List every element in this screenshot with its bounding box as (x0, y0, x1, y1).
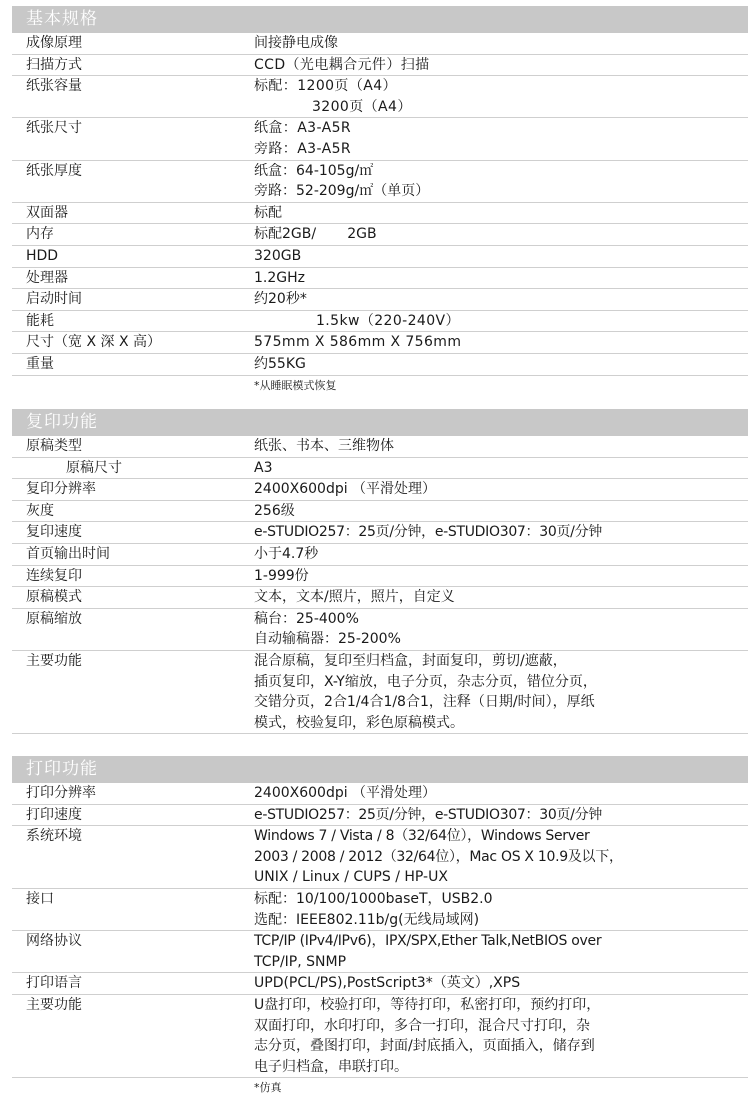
table-row: 主要功能 U盘打印，校验打印，等待打印，私密打印，预约打印， 双面打印，水印打印… (12, 995, 748, 1078)
table-row: 重量 约55KG (12, 354, 748, 376)
table-row: HDD 320GB (12, 246, 748, 268)
row-label: 主要功能 (12, 651, 254, 733)
table-row: 打印语言 UPD(PCL/PS),PostScript3*（英文）,XPS (12, 973, 748, 995)
row-label: 打印语言 (12, 973, 254, 994)
row-label: 纸张容量 (12, 76, 254, 117)
value-line: Windows 7 / Vista / 8（32/64位），Windows Se… (254, 826, 748, 847)
value-line: 小于4.7秒 (254, 544, 748, 565)
row-value: U盘打印，校验打印，等待打印，私密打印，预约打印， 双面打印，水印打印，多合一打… (254, 995, 748, 1077)
value-line: 志分页，叠图打印，封面/封底插入，页面插入，储存到 (254, 1036, 748, 1057)
row-label: 扫描方式 (12, 55, 254, 76)
table-row: 原稿类型 纸张、书本、三维物体 (12, 436, 748, 458)
row-value: 575mm X 586mm X 756mm (254, 332, 748, 353)
row-value: Windows 7 / Vista / 8（32/64位），Windows Se… (254, 826, 748, 888)
row-label: 启动时间 (12, 289, 254, 310)
value-line: 纸盒：64-105g/㎡ (254, 161, 748, 182)
row-label: 打印分辨率 (12, 783, 254, 804)
table-row: 主要功能 混合原稿，复印至归档盒，封面复印，剪切/遮蔽， 插页复印，X-Y缩放，… (12, 651, 748, 734)
row-label: 原稿缩放 (12, 609, 254, 650)
row-value: 256级 (254, 501, 748, 522)
empty-cell (12, 376, 254, 396)
table-row: 接口 标配：10/100/1000baseT，USB2.0 选配：IEEE802… (12, 889, 748, 931)
table-row: 原稿尺寸 A3 (12, 458, 748, 480)
table-row: 原稿模式 文本，文本/照片，照片，自定义 (12, 587, 748, 609)
row-value: 1-999份 (254, 566, 748, 587)
value-line: 标配：1200页（A4） (254, 76, 748, 97)
value-line: UNIX / Linux / CUPS / HP-UX (254, 867, 748, 888)
row-label: 接口 (12, 889, 254, 930)
table-row: 内存 标配2GB/ 2GB (12, 224, 748, 246)
row-label: HDD (12, 246, 254, 267)
row-label: 双面器 (12, 203, 254, 224)
value-line: 3200页（A4） (254, 97, 748, 118)
table-row: 能耗 1.5kw（220-240V） (12, 311, 748, 333)
row-value: 约55KG (254, 354, 748, 375)
row-value: 间接静电成像 (254, 33, 748, 54)
table-row: 成像原理 间接静电成像 (12, 33, 748, 55)
value-line: 标配 (254, 203, 748, 224)
row-label: 系统环境 (12, 826, 254, 888)
row-value: UPD(PCL/PS),PostScript3*（英文）,XPS (254, 973, 748, 994)
row-value: 320GB (254, 246, 748, 267)
row-value: 标配：10/100/1000baseT，USB2.0 选配：IEEE802.11… (254, 889, 748, 930)
row-value: TCP/IP (IPv4/IPv6)，IPX/SPX,Ether Talk,Ne… (254, 931, 748, 972)
section-header: 复印功能 (12, 409, 748, 436)
value-line: 2400X600dpi （平滑处理） (254, 479, 748, 500)
spec-table: 成像原理 间接静电成像 扫描方式 CCD（光电耦合元件）扫描 纸张容量 标配：1… (12, 33, 748, 396)
section-basic-specs: 基本规格 成像原理 间接静电成像 扫描方式 CCD（光电耦合元件）扫描 纸张容量… (12, 6, 748, 396)
row-label: 连续复印 (12, 566, 254, 587)
table-row: 打印速度 e-STUDIO257：25页/分钟，e-STUDIO307：30页/… (12, 805, 748, 827)
value-line: 稿台：25-400% (254, 609, 748, 630)
value-line: 575mm X 586mm X 756mm (254, 332, 748, 353)
row-value: 1.2GHz (254, 268, 748, 289)
row-value: CCD（光电耦合元件）扫描 (254, 55, 748, 76)
table-row: 灰度 256级 (12, 501, 748, 523)
value-line: 2003 / 2008 / 2012（32/64位），Mac OS X 10.9… (254, 847, 748, 868)
footnote-row: *仿真 (12, 1078, 748, 1098)
row-value: 标配 (254, 203, 748, 224)
row-label: 原稿模式 (12, 587, 254, 608)
table-row: 首页输出时间 小于4.7秒 (12, 544, 748, 566)
row-label: 复印速度 (12, 522, 254, 543)
footnote-row: *从睡眠模式恢复 (12, 376, 748, 396)
row-label: 纸张尺寸 (12, 118, 254, 159)
section-header: 基本规格 (12, 6, 748, 33)
value-line: e-STUDIO257：25页/分钟，e-STUDIO307：30页/分钟 (254, 805, 748, 826)
table-row: 网络协议 TCP/IP (IPv4/IPv6)，IPX/SPX,Ether Ta… (12, 931, 748, 973)
row-value: 纸盒：64-105g/㎡ 旁路：52-209g/㎡（单页） (254, 161, 748, 202)
table-row: 尺寸（宽 X 深 X 高） 575mm X 586mm X 756mm (12, 332, 748, 354)
row-value: e-STUDIO257：25页/分钟，e-STUDIO307：30页/分钟 (254, 522, 748, 543)
value-line: 256级 (254, 501, 748, 522)
row-label: 灰度 (12, 501, 254, 522)
value-line: U盘打印，校验打印，等待打印，私密打印，预约打印， (254, 995, 748, 1016)
value-line: 电子归档盒，串联打印。 (254, 1057, 748, 1078)
row-label: 原稿类型 (12, 436, 254, 457)
row-label: 首页输出时间 (12, 544, 254, 565)
row-value: 标配2GB/ 2GB (254, 224, 748, 245)
row-value: 纸张、书本、三维物体 (254, 436, 748, 457)
row-label: 能耗 (12, 311, 254, 332)
row-label: 成像原理 (12, 33, 254, 54)
row-value: 2400X600dpi （平滑处理） (254, 783, 748, 804)
row-value: 混合原稿，复印至归档盒，封面复印，剪切/遮蔽， 插页复印，X-Y缩放，电子分页，… (254, 651, 748, 733)
row-value: 文本，文本/照片，照片，自定义 (254, 587, 748, 608)
value-line: 交错分页，2合1/4合1/8合1，注释（日期/时间），厚纸 (254, 692, 748, 713)
value-line: TCP/IP, SNMP (254, 952, 748, 973)
table-row: 纸张尺寸 纸盒：A3-A5R 旁路：A3-A5R (12, 118, 748, 160)
value-line: 文本，文本/照片，照片，自定义 (254, 587, 748, 608)
table-row: 复印速度 e-STUDIO257：25页/分钟，e-STUDIO307：30页/… (12, 522, 748, 544)
row-value: 纸盒：A3-A5R 旁路：A3-A5R (254, 118, 748, 159)
row-label: 重量 (12, 354, 254, 375)
value-line: TCP/IP (IPv4/IPv6)，IPX/SPX,Ether Talk,Ne… (254, 931, 748, 952)
value-line: 320GB (254, 246, 748, 267)
value-line: 1.2GHz (254, 268, 748, 289)
value-line: 约55KG (254, 354, 748, 375)
value-line: 2400X600dpi （平滑处理） (254, 783, 748, 804)
row-value: 小于4.7秒 (254, 544, 748, 565)
table-row: 连续复印 1-999份 (12, 566, 748, 588)
row-value: 约20秒* (254, 289, 748, 310)
row-label: 复印分辨率 (12, 479, 254, 500)
spec-table: 打印分辨率 2400X600dpi （平滑处理） 打印速度 e-STUDIO25… (12, 783, 748, 1098)
spec-table: 原稿类型 纸张、书本、三维物体 原稿尺寸 A3 复印分辨率 2400X600dp… (12, 436, 748, 734)
value-line: 1-999份 (254, 566, 748, 587)
row-label: 网络协议 (12, 931, 254, 972)
value-line: 插页复印，X-Y缩放，电子分页，杂志分页，错位分页， (254, 672, 748, 693)
row-label: 纸张厚度 (12, 161, 254, 202)
value-line: 纸张、书本、三维物体 (254, 436, 748, 457)
table-row: 双面器 标配 (12, 203, 748, 225)
row-label: 处理器 (12, 268, 254, 289)
value-line: 双面打印，水印打印，多合一打印，混合尺寸打印，杂 (254, 1016, 748, 1037)
table-row: 原稿缩放 稿台：25-400% 自动输稿器：25-200% (12, 609, 748, 651)
table-row: 纸张厚度 纸盒：64-105g/㎡ 旁路：52-209g/㎡（单页） (12, 161, 748, 203)
value-line: 自动输稿器：25-200% (254, 629, 748, 650)
row-value: A3 (254, 458, 748, 479)
footnote: *从睡眠模式恢复 (254, 376, 748, 396)
section-copy-functions: 复印功能 原稿类型 纸张、书本、三维物体 原稿尺寸 A3 复印分辨率 2400X… (12, 409, 748, 734)
row-label: 打印速度 (12, 805, 254, 826)
value-line: 模式，校验复印，彩色原稿模式。 (254, 713, 748, 734)
row-value: e-STUDIO257：25页/分钟，e-STUDIO307：30页/分钟 (254, 805, 748, 826)
value-line: UPD(PCL/PS),PostScript3*（英文）,XPS (254, 973, 748, 994)
footnote: *仿真 (254, 1078, 748, 1098)
value-line: 间接静电成像 (254, 33, 748, 54)
table-row: 纸张容量 标配：1200页（A4） 3200页（A4） (12, 76, 748, 118)
table-row: 打印分辨率 2400X600dpi （平滑处理） (12, 783, 748, 805)
value-line: 标配：10/100/1000baseT，USB2.0 (254, 889, 748, 910)
value-line: 旁路：52-209g/㎡（单页） (254, 181, 748, 202)
row-label: 主要功能 (12, 995, 254, 1077)
value-line: 1.5kw（220-240V） (254, 311, 748, 332)
row-label: 尺寸（宽 X 深 X 高） (12, 332, 254, 353)
value-line: 纸盒：A3-A5R (254, 118, 748, 139)
row-value: 2400X600dpi （平滑处理） (254, 479, 748, 500)
value-line: 旁路：A3-A5R (254, 139, 748, 160)
section-header: 打印功能 (12, 756, 748, 783)
empty-cell (12, 1078, 254, 1098)
row-label: 内存 (12, 224, 254, 245)
table-row: 处理器 1.2GHz (12, 268, 748, 290)
value-line: 选配：IEEE802.11b/g(无线局域网) (254, 910, 748, 931)
table-row: 扫描方式 CCD（光电耦合元件）扫描 (12, 55, 748, 77)
value-line: 标配2GB/ 2GB (254, 224, 748, 245)
value-line: 约20秒* (254, 289, 748, 310)
section-print-functions: 打印功能 打印分辨率 2400X600dpi （平滑处理） 打印速度 e-STU… (12, 756, 748, 1098)
row-value: 标配：1200页（A4） 3200页（A4） (254, 76, 748, 117)
value-line: CCD（光电耦合元件）扫描 (254, 55, 748, 76)
table-row: 启动时间 约20秒* (12, 289, 748, 311)
row-value: 1.5kw（220-240V） (254, 311, 748, 332)
table-row: 系统环境 Windows 7 / Vista / 8（32/64位），Windo… (12, 826, 748, 889)
row-label: 原稿尺寸 (12, 458, 254, 479)
value-line: e-STUDIO257：25页/分钟，e-STUDIO307：30页/分钟 (254, 522, 748, 543)
value-line: A3 (254, 458, 748, 479)
table-row: 复印分辨率 2400X600dpi （平滑处理） (12, 479, 748, 501)
value-line: 混合原稿，复印至归档盒，封面复印，剪切/遮蔽， (254, 651, 748, 672)
row-value: 稿台：25-400% 自动输稿器：25-200% (254, 609, 748, 650)
